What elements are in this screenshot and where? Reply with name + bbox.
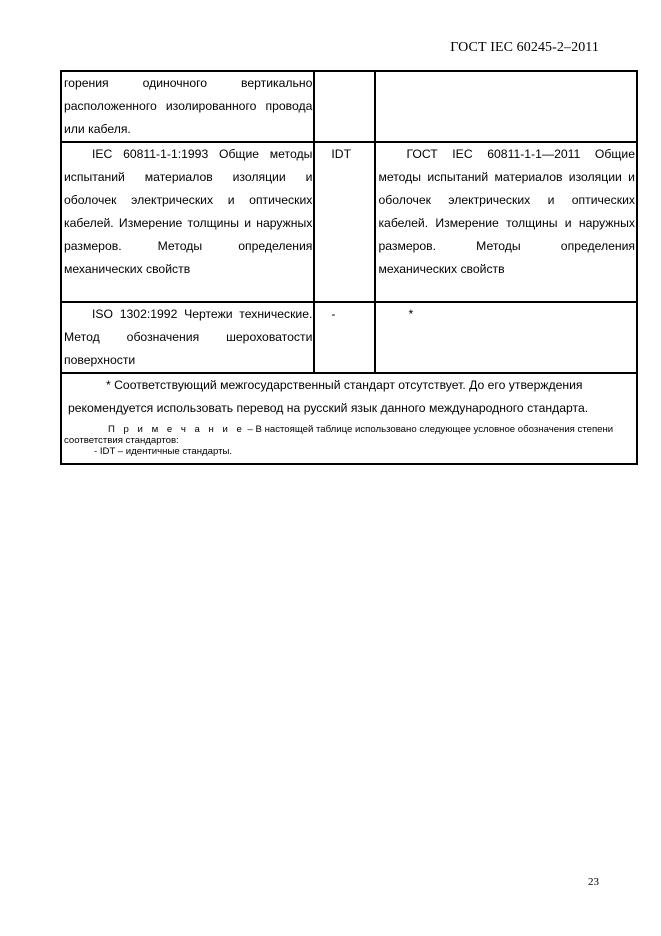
interstate-standard-cell: ГОСТ IEC 60811-1-1—2011 Общие методы исп… [375, 142, 637, 302]
footnote-text: * Соответствующий межгосударственный ста… [68, 374, 632, 420]
document-code-header: ГОСТ IEC 60245-2–2011 [450, 40, 599, 56]
note-label: П р и м е ч а н и е [108, 424, 245, 435]
page-number: 23 [588, 876, 599, 888]
footnote-content: * Соответствующий межгосударственный ста… [68, 378, 588, 415]
note-item: - IDT – идентичные стандарты. [94, 446, 232, 457]
degree-cell: IDT [314, 142, 375, 302]
interstate-standard-cell [375, 71, 637, 142]
degree-cell: - [314, 302, 375, 373]
standards-correspondence-table: горения одиночного вертикально расположе… [60, 70, 638, 465]
interstate-standard-cell: * [375, 302, 637, 373]
table-note: П р и м е ч а н и е – В настоящей таблиц… [64, 424, 632, 457]
footnote-cell: * Соответствующий межгосударственный ста… [61, 373, 637, 464]
international-standard-cell: горения одиночного вертикально расположе… [61, 71, 314, 142]
international-standard-cell: ISO 1302:1992 Чертежи технические. Метод… [61, 302, 314, 373]
table-footnote-row: * Соответствующий межгосударственный ста… [61, 373, 637, 464]
table-row: горения одиночного вертикально расположе… [61, 71, 637, 142]
table-row: ISO 1302:1992 Чертежи технические. Метод… [61, 302, 637, 373]
degree-cell [314, 71, 375, 142]
international-standard-cell: IEC 60811-1-1:1993 Общие методы испытани… [61, 142, 314, 302]
table-row: IEC 60811-1-1:1993 Общие методы испытани… [61, 142, 637, 302]
